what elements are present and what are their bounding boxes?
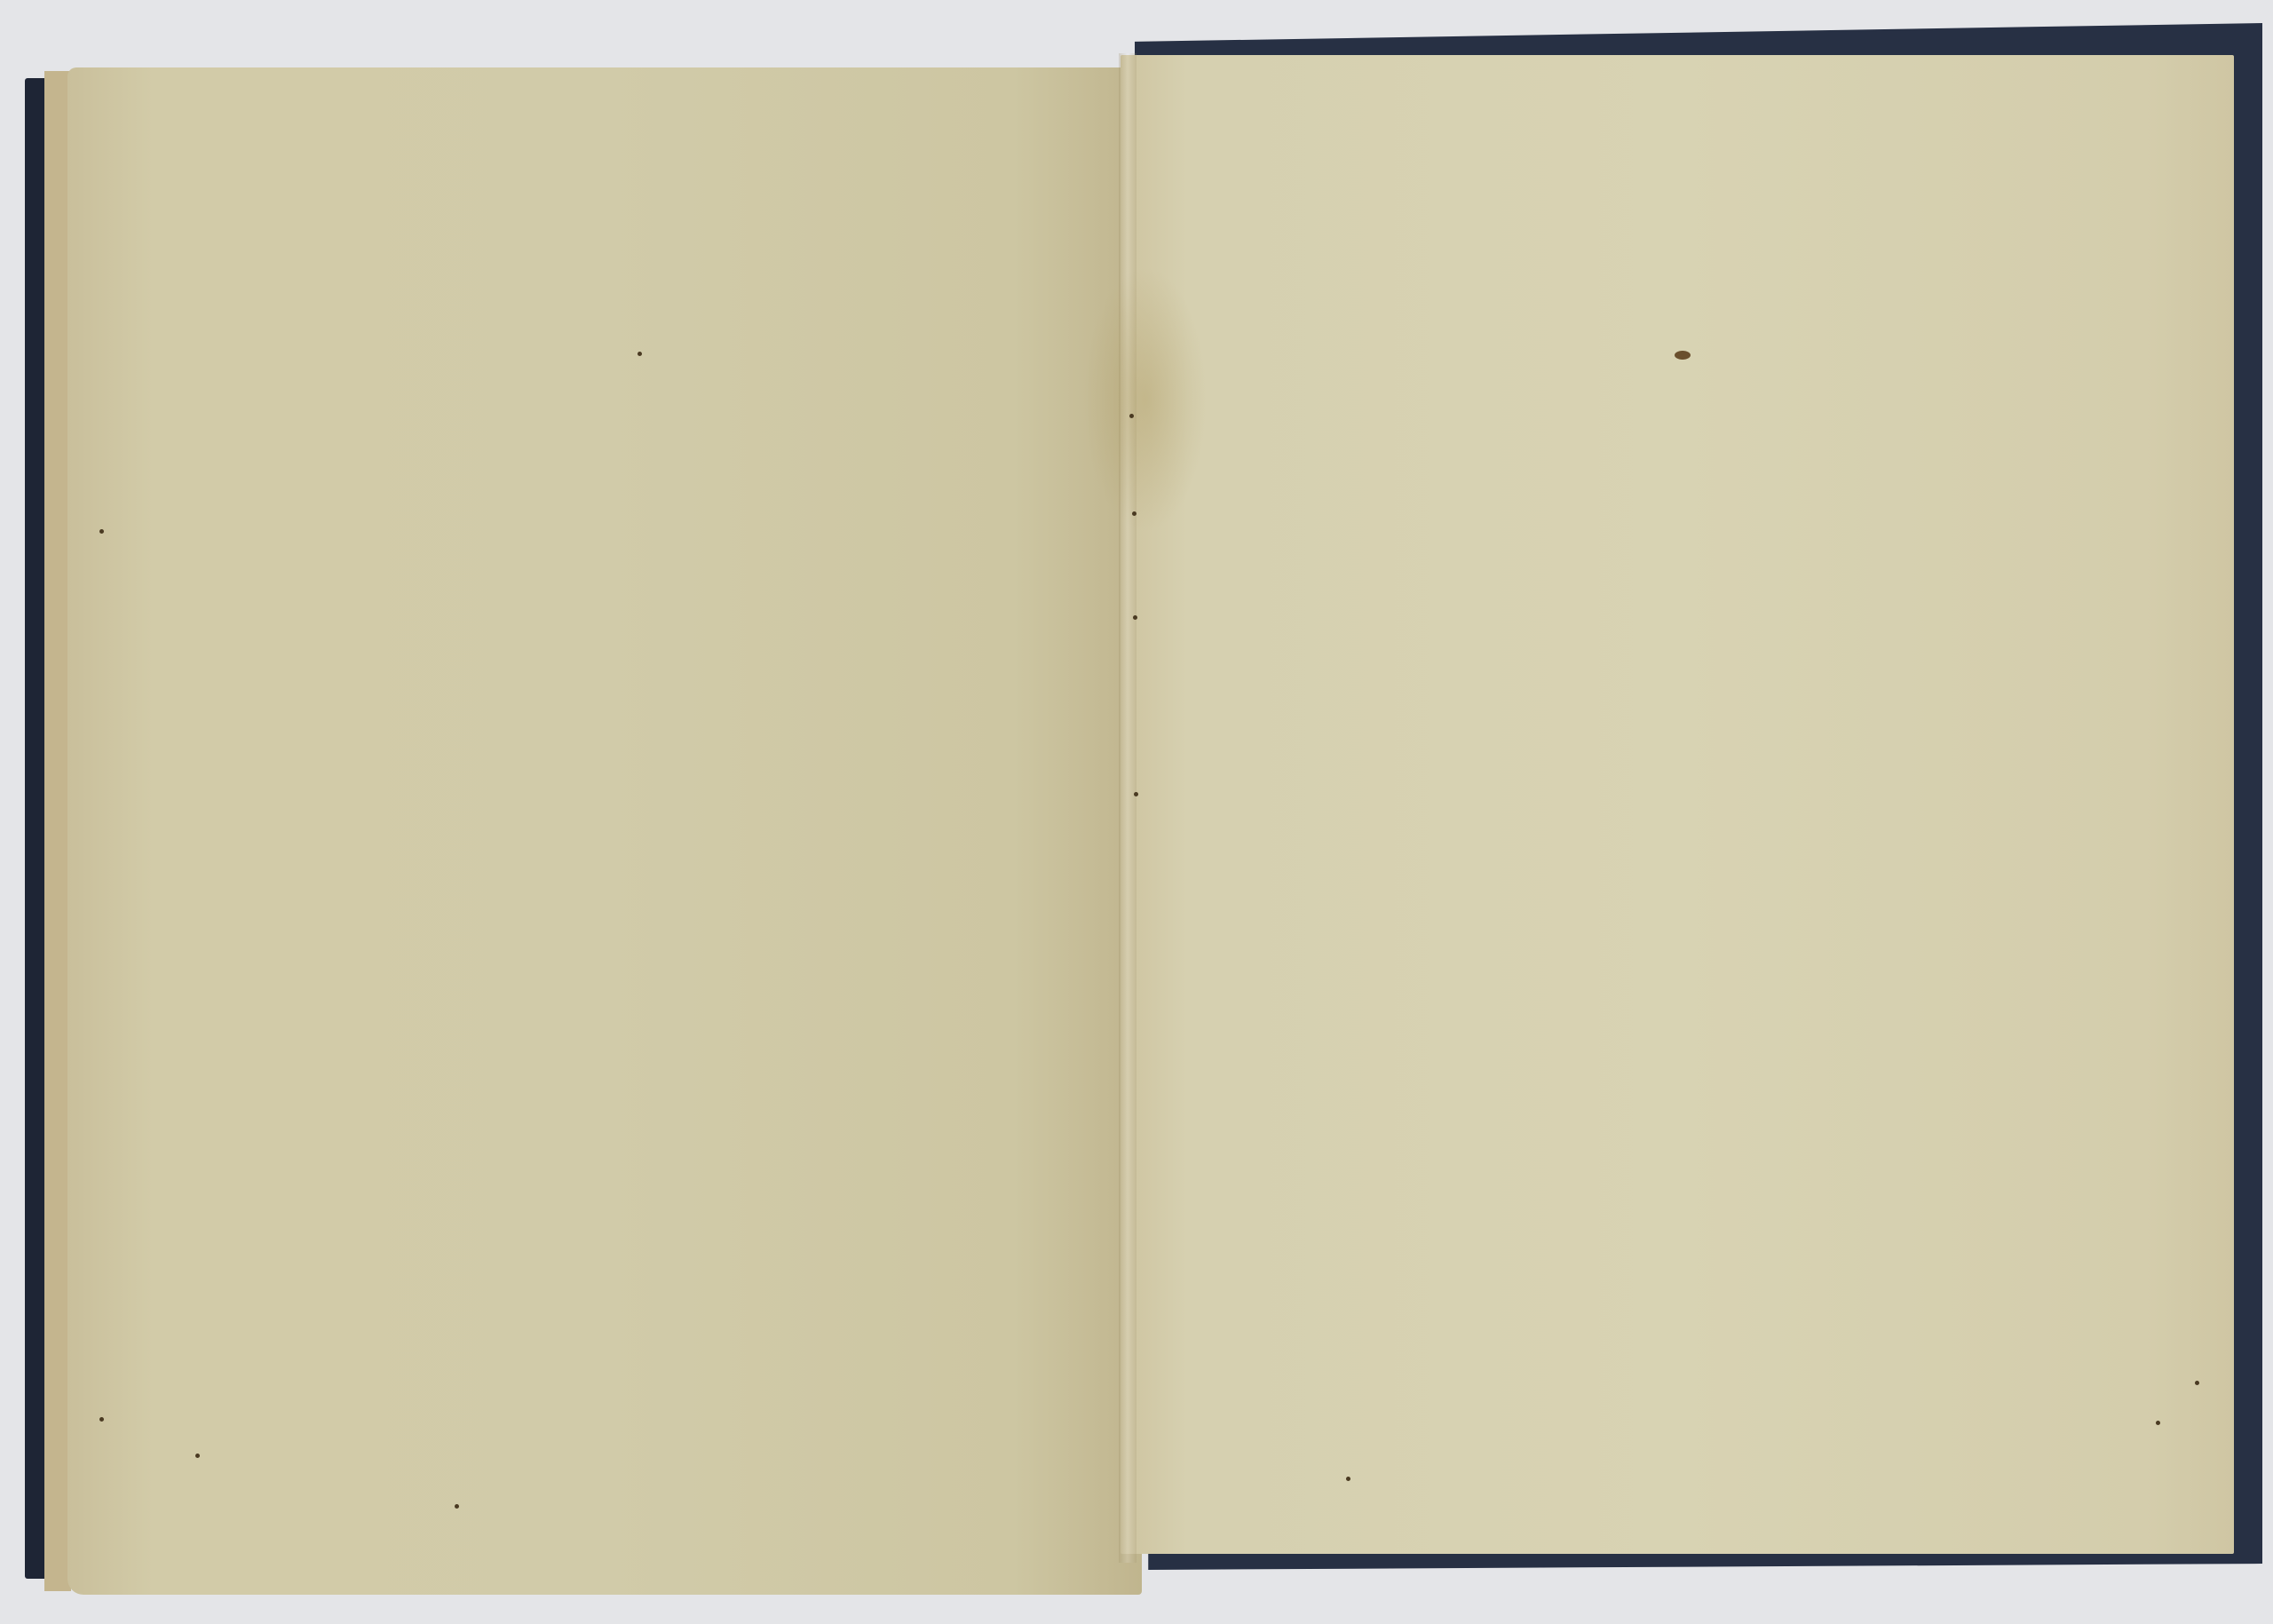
foxing-spot [455,1504,459,1509]
foxing-spot [99,1417,104,1422]
foxing-spot [195,1454,200,1458]
foxing-spot [1675,351,1691,360]
foxing-spot [1129,414,1134,418]
water-stain [1083,266,1208,533]
foxing-spot [638,352,642,356]
foxing-spot [1346,1477,1350,1481]
foxing-spot [99,529,104,534]
right-page [1121,55,2234,1554]
foxing-spot [1134,792,1138,796]
foxing-spot [2195,1381,2199,1385]
foxing-spot [2156,1421,2160,1425]
left-page [67,67,1142,1595]
foxing-spot [1132,511,1136,516]
foxing-spot [1133,615,1137,620]
